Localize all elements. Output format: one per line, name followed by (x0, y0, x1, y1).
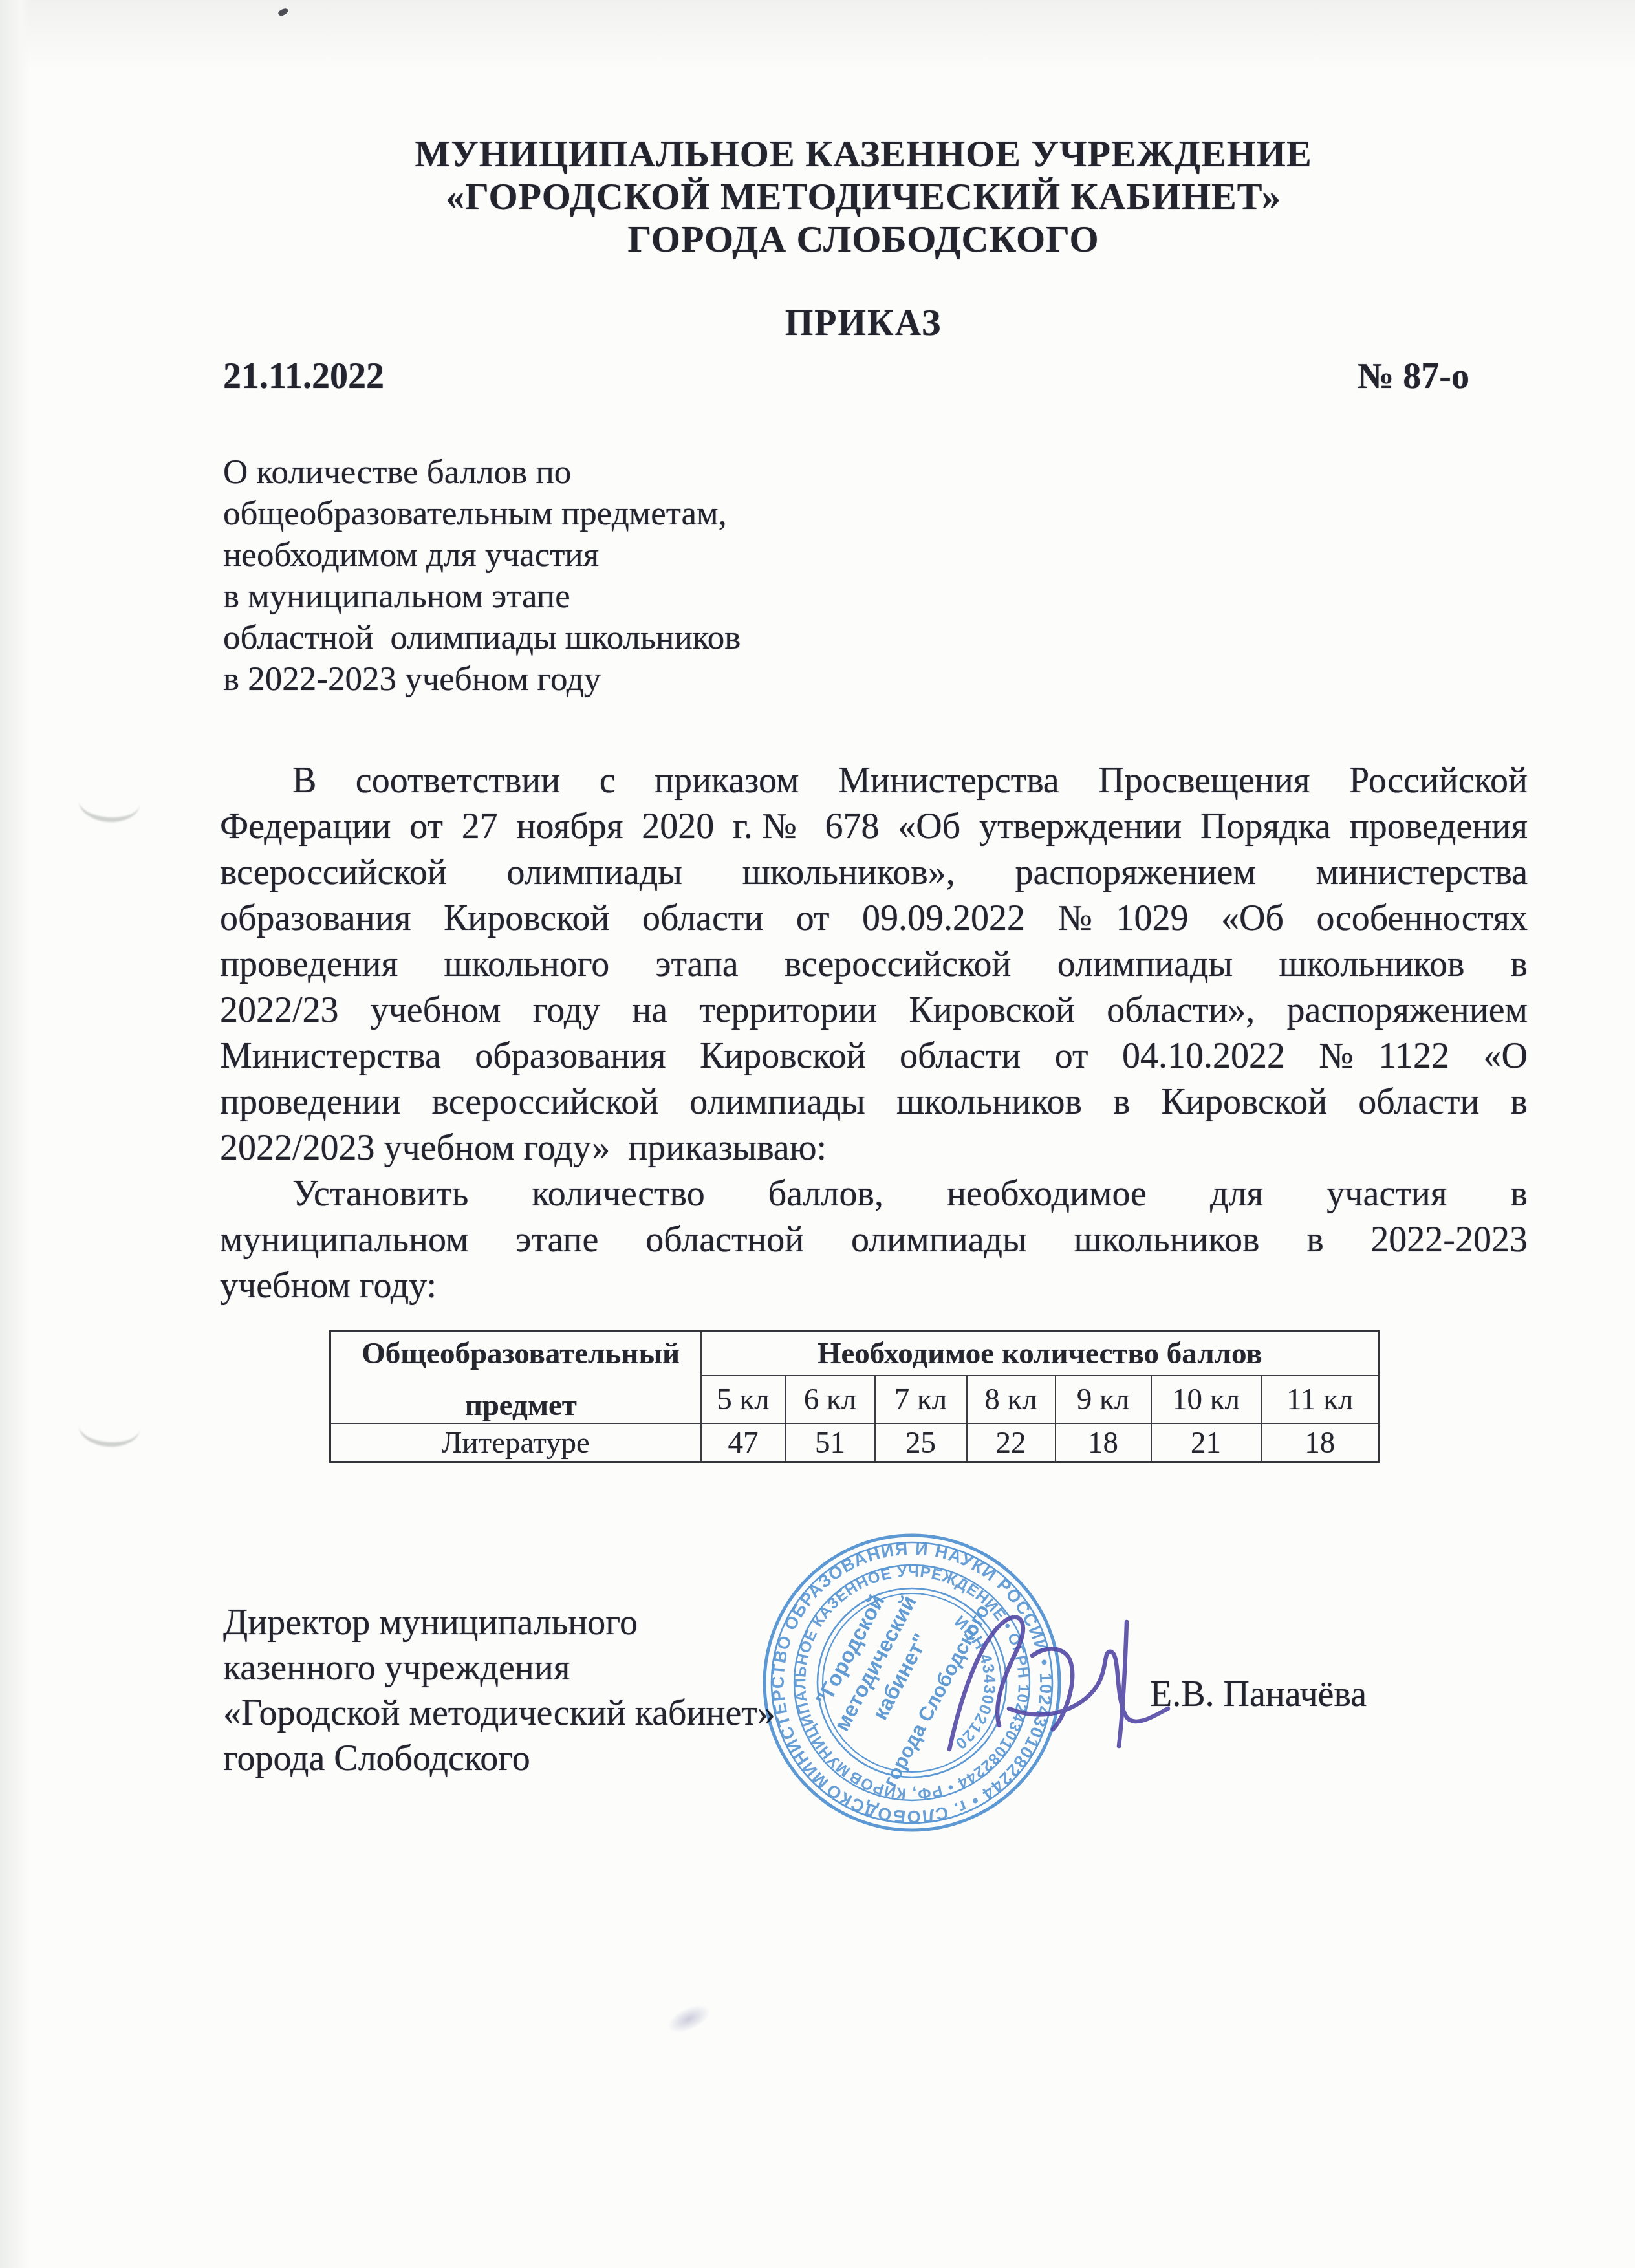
signatory-title-line: города Слободского (223, 1736, 1064, 1781)
org-header: МУНИЦИПАЛЬНОЕ КАЗЕННОЕ УЧРЕЖДЕНИЕ «ГОРОД… (92, 133, 1635, 261)
table-header-grade: 8 кл (967, 1376, 1056, 1423)
table-header-grade: 6 кл (786, 1376, 875, 1423)
scores-table: Общеобразовательный предмет Необходимое … (329, 1330, 1380, 1463)
body-line: проведении всероссийской олимпиады школь… (220, 1079, 1528, 1125)
signatory-name: Е.В. Паначёва (1150, 1674, 1367, 1715)
body-line: учебном году: (220, 1263, 1528, 1309)
body-line: 2022/23 учебном году на территории Киров… (220, 988, 1528, 1033)
hole-punch-artifact (78, 1407, 141, 1449)
body-line: Министерства образования Кировской облас… (220, 1033, 1528, 1079)
table-cell-score: 18 (1056, 1423, 1151, 1462)
subject-line: в 2022-2023 учебном году (223, 658, 935, 700)
table-header-points: Необходимое количество баллов (701, 1332, 1380, 1376)
subject-line: областной олимпиады школьников (223, 617, 935, 658)
subject-line: в муниципальном этапе (223, 576, 935, 617)
table-header-grade: 5 кл (701, 1376, 786, 1423)
table-header-grade: 11 кл (1261, 1376, 1380, 1423)
subject-line: общеобразовательным предметам, (223, 493, 935, 534)
body-text: В соответствии с приказом Министерства П… (220, 758, 1528, 1309)
table-row: Литературе 47 51 25 22 18 21 18 (330, 1423, 1380, 1462)
ink-smudge-artifact (664, 2000, 714, 2038)
table-header-grade: 9 кл (1056, 1376, 1151, 1423)
table-cell-score: 47 (701, 1423, 786, 1462)
table-header-grade: 7 кл (875, 1376, 967, 1423)
table-header-subject-line: предмет (331, 1371, 700, 1423)
subject-line: необходимом для участия (223, 534, 935, 576)
body-line: Федерации от 27 ноября 2020 г.№ 678 «Об … (220, 804, 1528, 850)
doc-type-title: ПРИКАЗ (92, 303, 1635, 344)
scan-shadow-top (0, 0, 1635, 71)
subject-line: О количестве баллов по (223, 451, 935, 493)
table-cell-score: 18 (1261, 1423, 1380, 1462)
signatory-title-block: Директор муниципального казенного учрежд… (223, 1600, 1064, 1781)
body-line: Установить количество баллов, необходимо… (220, 1171, 1528, 1217)
org-name-line: ГОРОДА СЛОБОДСКОГО (92, 218, 1635, 261)
subject-block: О количестве баллов по общеобразовательн… (223, 451, 935, 700)
table-cell-score: 21 (1151, 1423, 1261, 1462)
table-header-grade: 10 кл (1151, 1376, 1261, 1423)
org-name-line: МУНИЦИПАЛЬНОЕ КАЗЕННОЕ УЧРЕЖДЕНИЕ (92, 133, 1635, 175)
table-cell-subject: Литературе (330, 1423, 701, 1462)
signatory-title-line: казенного учреждения (223, 1645, 1064, 1690)
body-line: образования Кировской области от 09.09.2… (220, 896, 1528, 942)
table-header-subject-line: Общеобразовательный (331, 1332, 700, 1371)
doc-date: 21.11.2022 (223, 356, 384, 397)
signatory-title-line: «Городской методический кабинет» (223, 1690, 1064, 1736)
scan-shadow-left (0, 0, 30, 2268)
body-line: проведения школьного этапа всероссийской… (220, 942, 1528, 988)
signatory-title-line: Директор муниципального (223, 1600, 1064, 1645)
hole-punch-artifact (78, 782, 141, 824)
table-cell-score: 51 (786, 1423, 875, 1462)
table-cell-score: 25 (875, 1423, 967, 1462)
body-line: В соответствии с приказом Министерства П… (220, 758, 1528, 804)
table-cell-score: 22 (967, 1423, 1056, 1462)
doc-number: № 87-о (1229, 356, 1469, 397)
body-line: муниципальном этапе областной олимпиады … (220, 1217, 1528, 1263)
org-name-line: «ГОРОДСКОЙ МЕТОДИЧЕСКИЙ КАБИНЕТ» (92, 175, 1635, 218)
table-header-subject: Общеобразовательный предмет (330, 1332, 701, 1424)
scanned-order-page: МУНИЦИПАЛЬНОЕ КАЗЕННОЕ УЧРЕЖДЕНИЕ «ГОРОД… (0, 0, 1635, 2268)
body-line: всероссийской олимпиады школьников», рас… (220, 850, 1528, 896)
body-line: 2022/2023 учебном году» приказываю: (220, 1125, 1528, 1171)
